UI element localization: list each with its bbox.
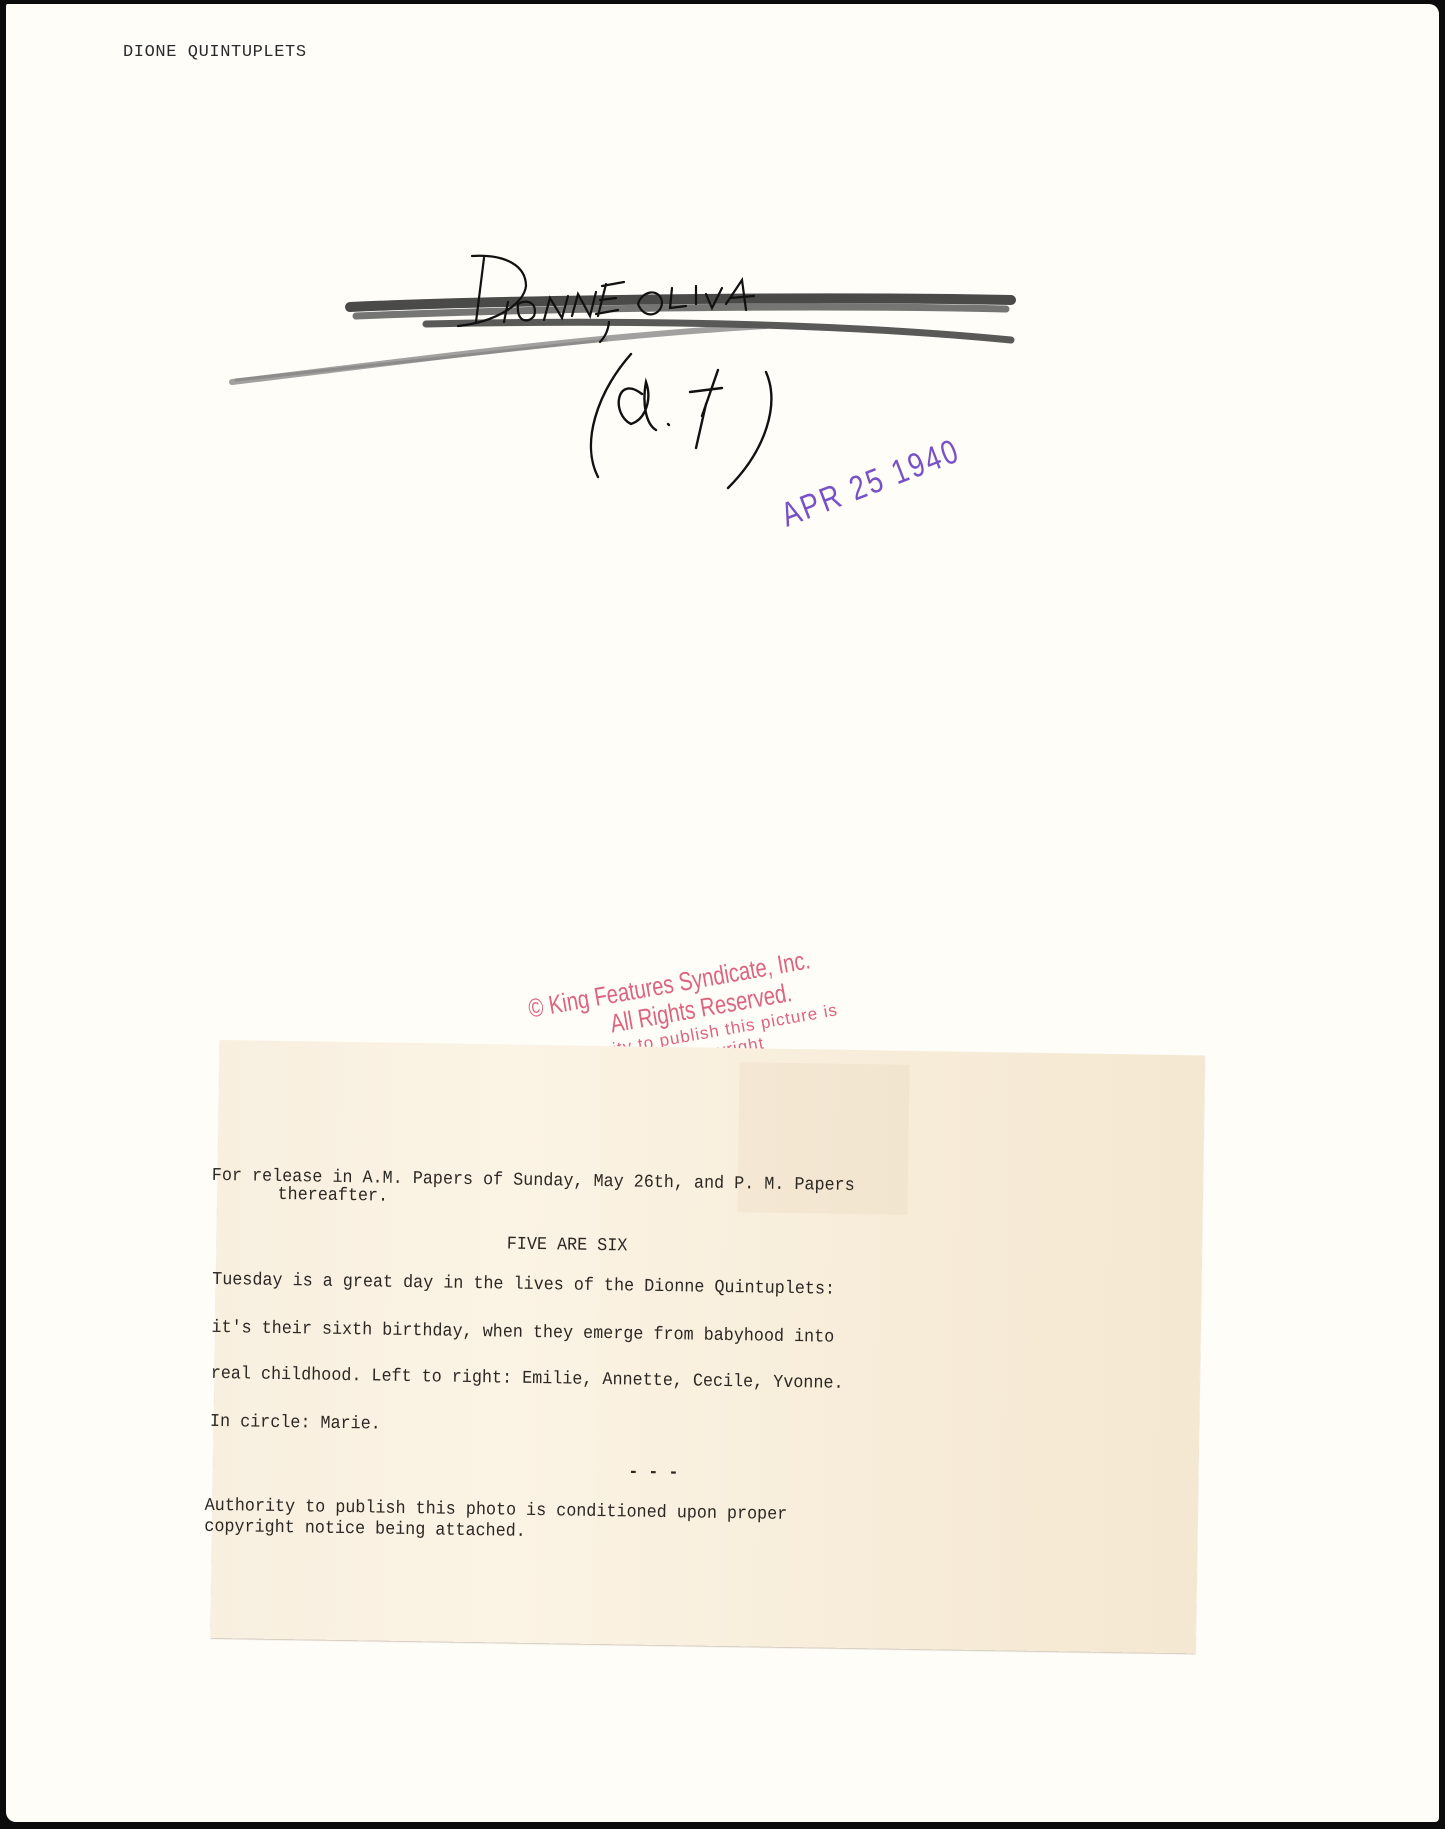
caption-separator: - - - [628, 1462, 679, 1483]
release-line-2: thereafter. [277, 1185, 388, 1207]
caption-body-line: In circle: Marie. [210, 1412, 381, 1435]
caption-body-line: real childhood. Left to right: Emilie, A… [211, 1364, 844, 1394]
handwritten-note [591, 354, 771, 488]
caption-headline: FIVE ARE SIX [507, 1235, 628, 1257]
strikeout-marks [232, 298, 1011, 382]
caption-slip: For release in A.M. Papers of Sunday, Ma… [211, 1040, 1205, 1653]
caption-body-line: it's their sixth birthday, when they eme… [211, 1318, 834, 1348]
authority-line-2: copyright notice being attached. [204, 1517, 526, 1542]
caption-body-line: Tuesday is a great day in the lives of t… [212, 1270, 835, 1300]
